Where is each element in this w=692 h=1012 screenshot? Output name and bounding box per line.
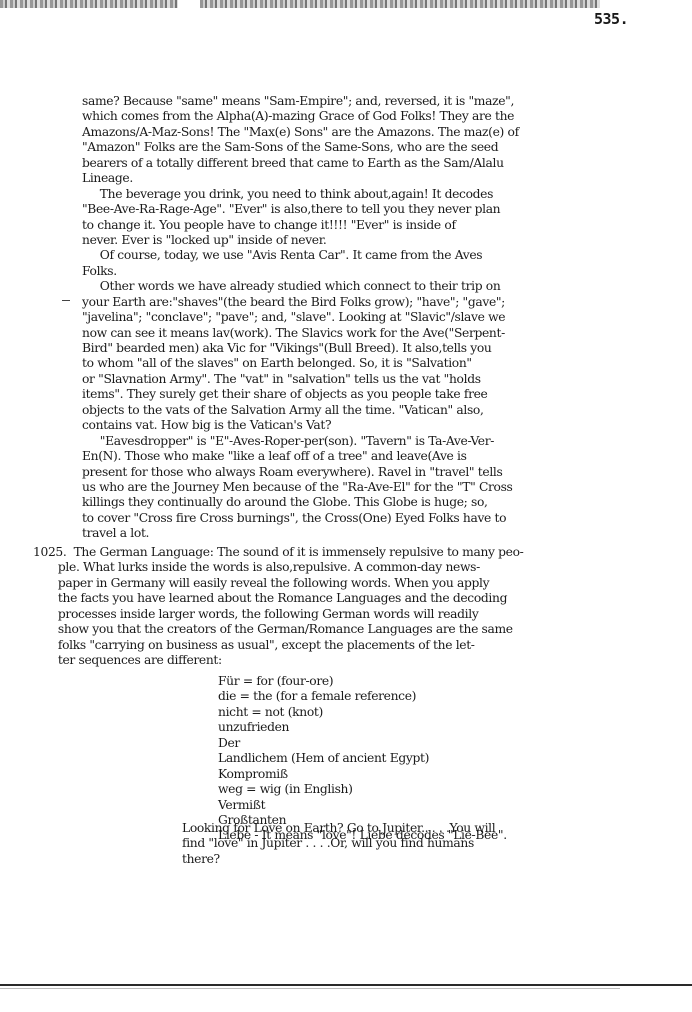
text-line: "javelina"; "conclave"; "pave"; and, "sl… xyxy=(82,310,519,325)
page-number: 535. xyxy=(594,10,628,28)
text-line: to cover "Cross fire Cross burnings", th… xyxy=(82,511,519,526)
german-word-entry: nicht = not (knot) xyxy=(218,705,507,720)
german-word-entry: die = the (for a female reference) xyxy=(218,689,507,704)
text-line: ple. What lurks inside the words is also… xyxy=(33,560,523,575)
german-word-entry: Der xyxy=(218,736,507,751)
text-line: processes inside larger words, the follo… xyxy=(33,607,523,622)
text-line: En(N). Those who make "like a leaf off o… xyxy=(82,449,519,464)
text-line: "Bee-Ave-Ra-Rage-Age". "Ever" is also,th… xyxy=(82,202,519,217)
text-line: travel a lot. xyxy=(82,526,519,541)
text-line: to change it. You people have to change … xyxy=(82,218,519,233)
german-word-entry: unzufrieden xyxy=(218,720,507,735)
text-line: contains vat. How big is the Vatican's V… xyxy=(82,418,519,433)
text-line: there? xyxy=(182,852,495,867)
closing-paragraph: Looking for Love on Earth? Go to Jupiter… xyxy=(182,821,495,867)
german-word-entry: Für = for (four-ore) xyxy=(218,674,507,689)
german-word-entry: Kompromiß xyxy=(218,767,507,782)
body-text: same? Because "same" means "Sam-Empire";… xyxy=(82,94,519,542)
text-line: killings they continually do around the … xyxy=(82,495,519,510)
text-line: "Amazon" Folks are the Sam-Sons of the S… xyxy=(82,140,519,155)
german-word-entry: Landlichem (Hem of ancient Egypt) xyxy=(218,751,507,766)
text-line: Folks. xyxy=(82,264,519,279)
german-word-list: Für = for (four-ore)die = the (for a fem… xyxy=(218,674,507,844)
text-line: present for those who always Roam everyw… xyxy=(82,465,519,480)
text-line: the facts you have learned about the Rom… xyxy=(33,591,523,606)
text-line: objects to the vats of the Salvation Arm… xyxy=(82,403,519,418)
text-line: same? Because "same" means "Sam-Empire";… xyxy=(82,94,519,109)
text-line: Looking for Love on Earth? Go to Jupiter… xyxy=(182,821,495,836)
bottom-rule-shadow xyxy=(0,988,620,989)
text-line: which comes from the Alpha(A)-mazing Gra… xyxy=(82,109,519,124)
text-line: paper in Germany will easily reveal the … xyxy=(33,576,523,591)
margin-mark xyxy=(62,300,70,301)
german-word-entry: Vermißt xyxy=(218,798,507,813)
text-line: never. Ever is "locked up" inside of nev… xyxy=(82,233,519,248)
text-line: us who are the Journey Men because of th… xyxy=(82,480,519,495)
text-line: find "love" in Jupiter . . . .Or, will y… xyxy=(182,836,495,851)
text-line: ter sequences are different: xyxy=(33,653,523,668)
text-line: bearers of a totally different breed tha… xyxy=(82,156,519,171)
text-line: to whom "all of the slaves" on Earth bel… xyxy=(82,356,519,371)
bottom-rule xyxy=(0,984,692,986)
text-line: show you that the creators of the German… xyxy=(33,622,523,637)
text-line: 1025. The German Language: The sound of … xyxy=(33,545,523,560)
text-line: The beverage you drink, you need to thin… xyxy=(82,187,519,202)
text-line: Other words we have already studied whic… xyxy=(82,279,519,294)
text-line: your Earth are:"shaves"(the beard the Bi… xyxy=(82,295,519,310)
text-line: or "Slavnation Army". The "vat" in "salv… xyxy=(82,372,519,387)
text-line: folks "carrying on business as usual", e… xyxy=(33,638,523,653)
text-line: Amazons/A-Maz-Sons! The "Max(e) Sons" ar… xyxy=(82,125,519,140)
text-line: Of course, today, we use "Avis Renta Car… xyxy=(82,248,519,263)
text-line: Lineage. xyxy=(82,171,519,186)
text-line: now can see it means lav(work). The Slav… xyxy=(82,326,519,341)
text-line: items". They surely get their share of o… xyxy=(82,387,519,402)
text-line: "Eavesdropper" is "E"-Aves-Roper-per(son… xyxy=(82,434,519,449)
item-1025: 1025. The German Language: The sound of … xyxy=(33,545,523,669)
german-word-entry: weg = wig (in English) xyxy=(218,782,507,797)
scan-artifact-top-edge xyxy=(0,0,692,8)
text-line: Bird" bearded men) aka Vic for "Vikings"… xyxy=(82,341,519,356)
